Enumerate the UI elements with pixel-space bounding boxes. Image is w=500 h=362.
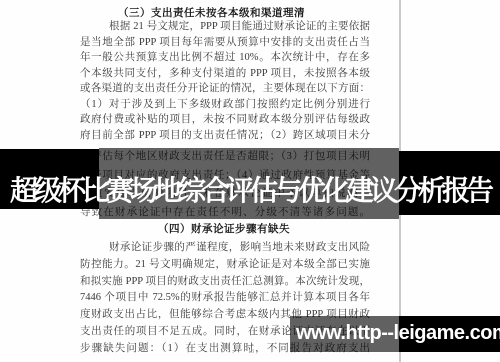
banner-title: 超级杯比赛场地综合评估与优化建议分析报告 <box>0 169 500 201</box>
doc-line: 财承论证步骤的严谨程度，影响当地未来财政支出风险 <box>80 242 370 254</box>
scanned-document-page: （三）支出责任未按各本级和渠道理清 根据 21 号文规定，PPP 项目能通过财承… <box>0 0 500 362</box>
page-number: 18 <box>248 349 254 355</box>
doc-line: 7446 个项目中 72.5%的财承报告能够汇总并计算本项目各年 <box>80 292 370 304</box>
doc-line: 防控能力。21 号文明确规定，财承论证是对本级全部已实施 <box>80 259 370 271</box>
doc-line: 和拟实施 PPP 项目的财政支出责任汇总测算。本次统计发现， <box>80 276 370 288</box>
watermark-url: www.http--leigame.com <box>296 322 500 345</box>
